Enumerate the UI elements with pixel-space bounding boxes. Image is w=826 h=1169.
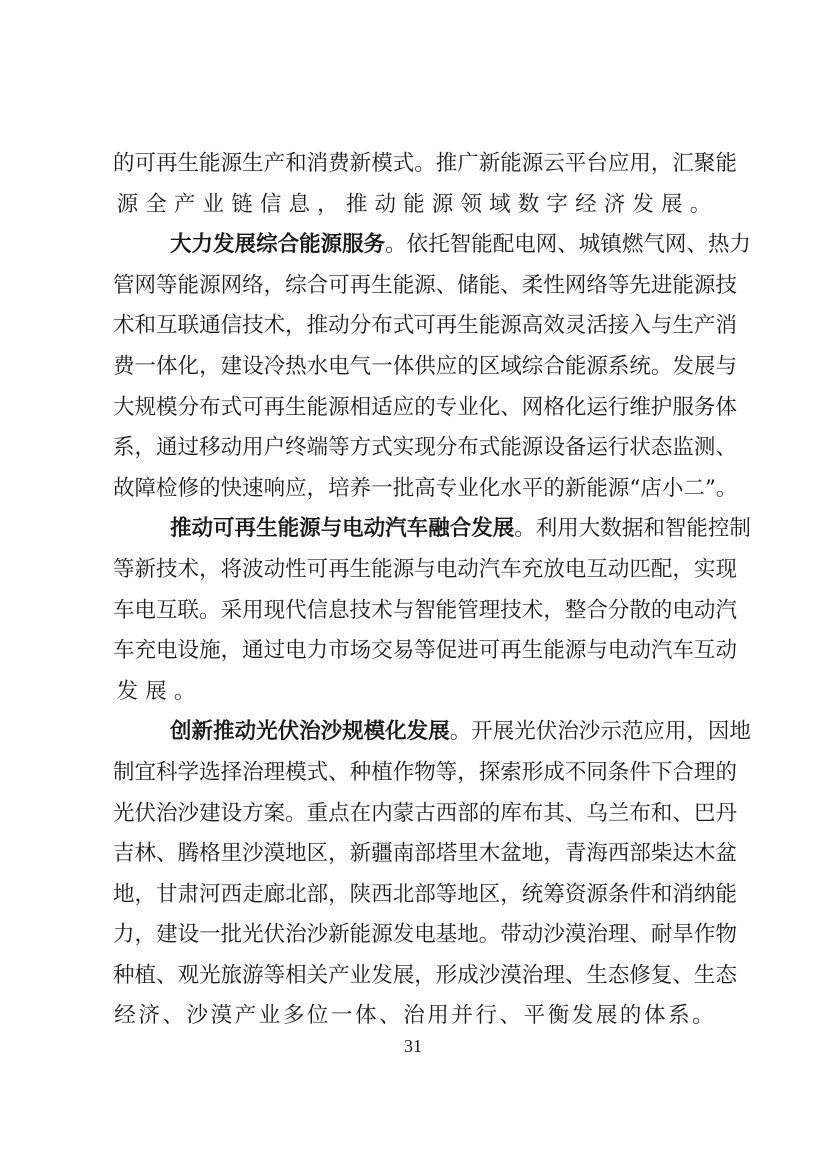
text-line: 等新技术，将波动性可再生能源与电动汽车充放电互动匹配，实现 <box>113 550 715 591</box>
text-line: 术和互联通信技术，推动分布式可再生能源高效灵活接入与生产消 <box>113 306 715 347</box>
text-line: 经济、沙漠产业多位一体、治用并行、平衡发展的体系。 <box>113 996 715 1037</box>
text-line: 源全产业链信息，推动能源领域数字经济发展。 <box>113 185 715 226</box>
document-page: 的可再生能源生产和消费新模式。推广新能源云平台应用，汇聚能源全产业链信息，推动能… <box>0 0 826 1169</box>
page-number: 31 <box>0 1036 826 1057</box>
text-line: 地，甘肃河西走廊北部，陕西北部等地区，统筹资源条件和消纳能 <box>113 875 715 916</box>
text-line: 车电互联。采用现代信息技术与智能管理技术，整合分散的电动汽 <box>113 591 715 632</box>
body-text: 的可再生能源生产和消费新模式。推广新能源云平台应用，汇聚能源全产业链信息，推动能… <box>113 144 715 1037</box>
paragraph-first-line: 创新推动光伏治沙规模化发展。开展光伏治沙示范应用，因地 <box>113 712 715 753</box>
text-line: 车充电设施，通过电力市场交易等促进可再生能源与电动汽车互动 <box>113 631 715 672</box>
text-line: 的可再生能源生产和消费新模式。推广新能源云平台应用，汇聚能 <box>113 144 715 185</box>
text-line: 种植、观光旅游等相关产业发展，形成沙漠治理、生态修复、生态 <box>113 956 715 997</box>
text-line: 管网等能源网络，综合可再生能源、储能、柔性网络等先进能源技 <box>113 266 715 307</box>
paragraph-first-line: 推动可再生能源与电动汽车融合发展。利用大数据和智能控制 <box>113 509 715 550</box>
text-line: 力，建设一批光伏治沙新能源发电基地。带动沙漠治理、耐旱作物 <box>113 915 715 956</box>
text-line: 制宜科学选择治理模式、种植作物等，探索形成不同条件下合理的 <box>113 753 715 794</box>
text-line: 费一体化，建设冷热水电气一体供应的区域综合能源系统。发展与 <box>113 347 715 388</box>
text-line: 系，通过移动用户终端等方式实现分布式能源设备运行状态监测、 <box>113 428 715 469</box>
text-line: 发展。 <box>113 672 715 713</box>
text-line: 大规模分布式可再生能源相适应的专业化、网格化运行维护服务体 <box>113 388 715 429</box>
text-line: 吉林、腾格里沙漠地区，新疆南部塔里木盆地，青海西部柴达木盆 <box>113 834 715 875</box>
paragraph-first-line: 大力发展综合能源服务。依托智能配电网、城镇燃气网、热力 <box>113 225 715 266</box>
text-line: 故障检修的快速响应，培养一批高专业化水平的新能源“店小二”。 <box>113 469 715 510</box>
text-line: 光伏治沙建设方案。重点在内蒙古西部的库布其、乌兰布和、巴丹 <box>113 794 715 835</box>
